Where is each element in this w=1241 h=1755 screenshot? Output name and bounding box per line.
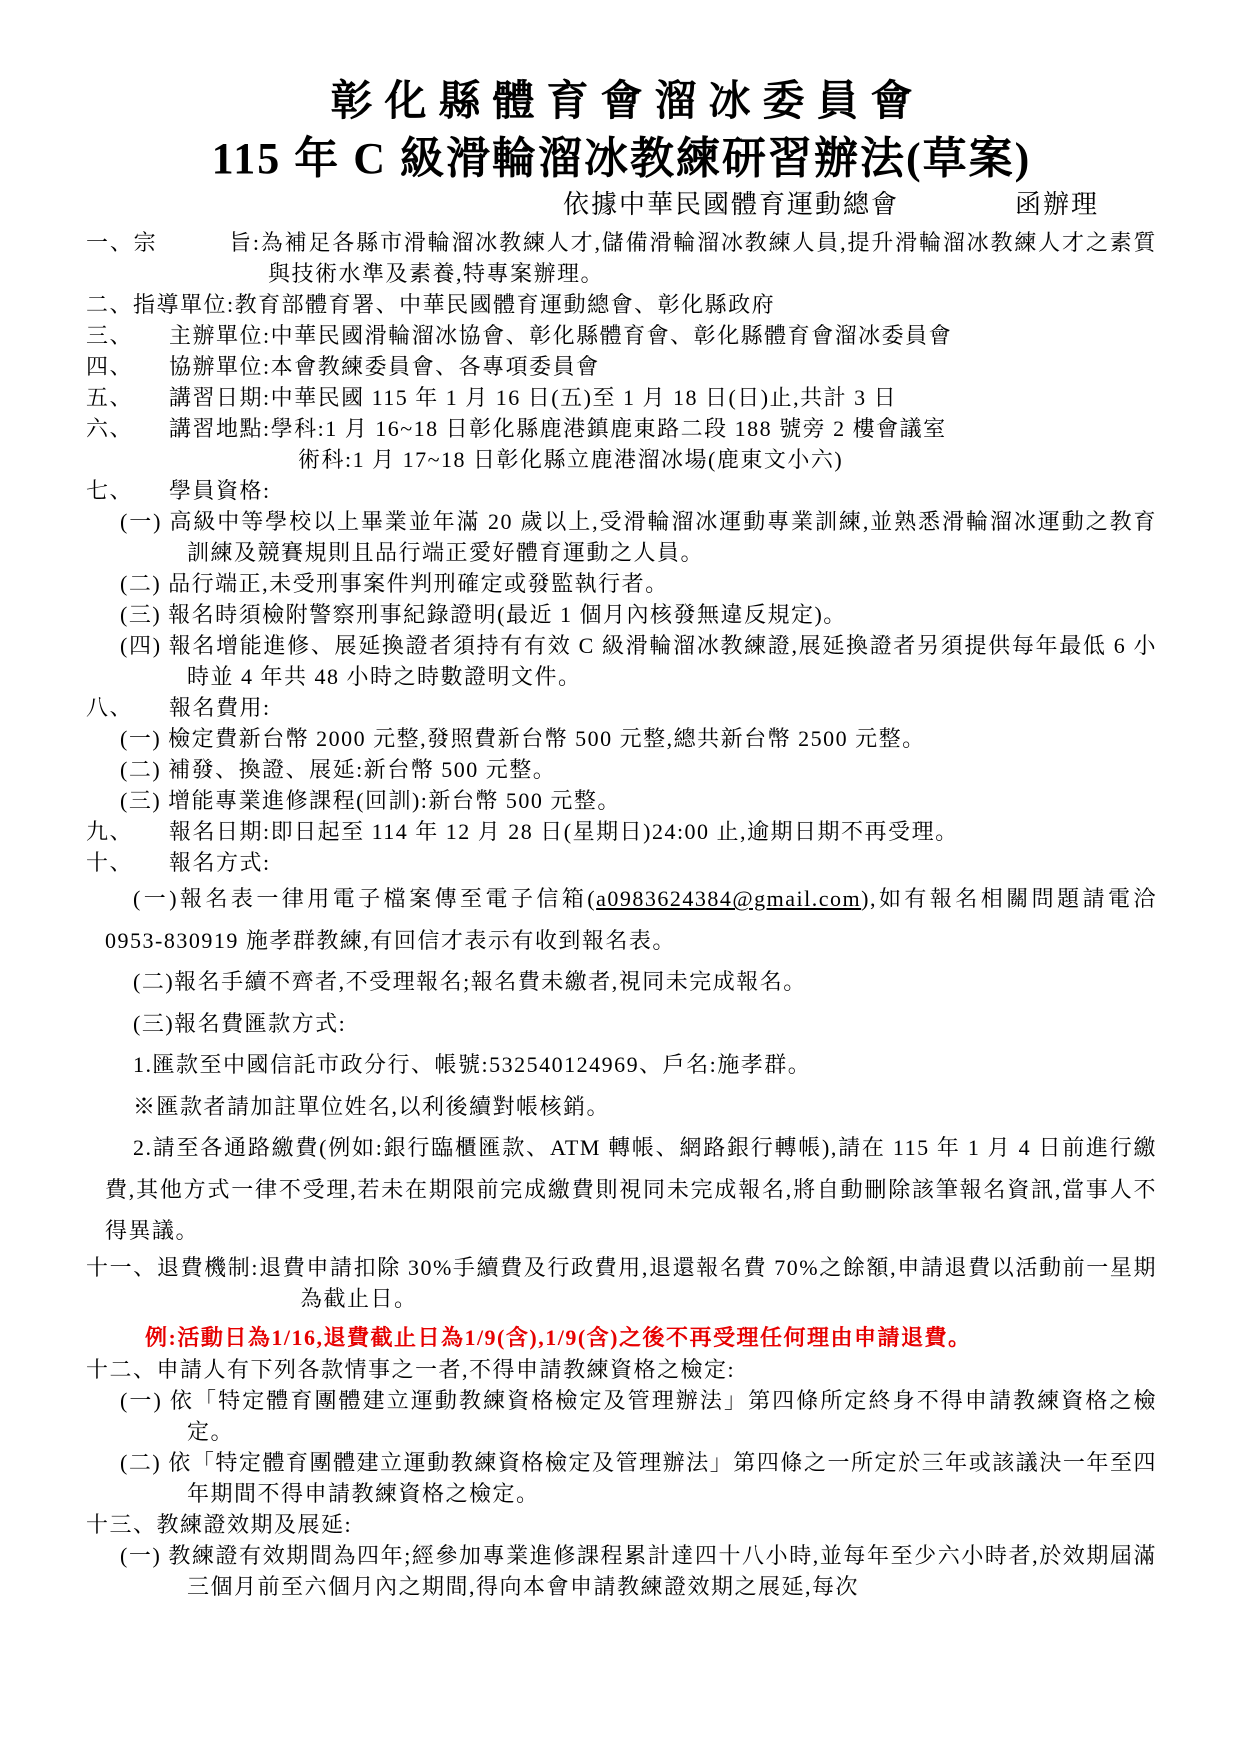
basis-note-left: 依據中華民國體育運動總會: [563, 189, 899, 222]
text-run: 十、 報名方式:: [86, 850, 271, 875]
text-run: (二) 品行端正,未受刑事案件判刑確定或發監執行者。: [120, 571, 669, 596]
section-8-fees: 八、 報名費用:: [86, 692, 1157, 723]
text-run: 2.請至各通路繳費(例如:銀行臨櫃匯款、ATM 轉帳、網路銀行轉帳),請在 11…: [105, 1135, 1157, 1243]
text-run: 十三、教練證效期及展延:: [86, 1512, 352, 1537]
section-11-refund-policy: 十一、退費機制:退費申請扣除 30%手續費及行政費用,退還報名費 70%之餘額,…: [86, 1252, 1157, 1314]
section-5-dates: 五、 講習日期:中華民國 115 年 1 月 16 日(五)至 1 月 18 日…: [86, 382, 1157, 413]
text-run: 六、 講習地點:學科:1 月 16~18 日彰化縣鹿港鎮鹿東路二段 188 號旁…: [86, 416, 947, 441]
section-13-validity-renewal: 十三、教練證效期及展延:: [86, 1509, 1157, 1540]
text-run: (三) 報名時須檢附警察刑事紀錄證明(最近 1 個月內核發無違反規定)。: [120, 602, 847, 627]
section-13-sub-1: (一) 教練證有效期間為四年;經參加專業進修課程累計達四十八小時,並每年至少六小…: [86, 1540, 1157, 1602]
section-8-sub-3: (三) 增能專業進修課程(回訓):新台幣 500 元整。: [86, 785, 1157, 816]
text-run: (二) 補發、換證、展延:新台幣 500 元整。: [120, 757, 556, 782]
text-run: 四、 協辦單位:本會教練委員會、各專項委員會: [86, 354, 600, 379]
section-12-sub-1: (一) 依「特定體育團體建立運動教練資格檢定及管理辦法」第四條所定終身不得申請教…: [86, 1385, 1157, 1447]
text-run: 十二、申請人有下列各款情事之一者,不得申請教練資格之檢定:: [86, 1357, 735, 1382]
section-7-sub-3: (三) 報名時須檢附警察刑事紀錄證明(最近 1 個月內核發無違反規定)。: [86, 599, 1157, 630]
text-run: 九、 報名日期:即日起至 114 年 12 月 28 日(星期日)24:00 止…: [86, 819, 959, 844]
section-1-purpose: 一、宗 旨:為補足各縣市滑輪溜冰教練人才,儲備滑輪溜冰教練人員,提升滑輪溜冰教練…: [86, 227, 1157, 289]
section-10-remit-1: 1.匯款至中國信託市政分行、帳號:532540124969、戶名:施孝群。: [86, 1044, 1157, 1086]
doc-body: 一、宗 旨:為補足各縣市滑輪溜冰教練人才,儲備滑輪溜冰教練人員,提升滑輪溜冰教練…: [86, 227, 1157, 1602]
text-run: 八、 報名費用:: [86, 695, 271, 720]
doc-title-line2: 115 年 C 級滑輪溜冰教練研習辦法(草案): [86, 134, 1157, 185]
text-run: 二、指導單位:教育部體育署、中華民國體育運動總會、彰化縣政府: [86, 292, 775, 317]
section-12-disqualification: 十二、申請人有下列各款情事之一者,不得申請教練資格之檢定:: [86, 1354, 1157, 1385]
section-8-sub-2: (二) 補發、換證、展延:新台幣 500 元整。: [86, 754, 1157, 785]
text-run: 術科:1 月 17~18 日彰化縣立鹿港溜冰場(鹿東文小六): [298, 447, 843, 472]
section-10-remit-2: 2.請至各通路繳費(例如:銀行臨櫃匯款、ATM 轉帳、網路銀行轉帳),請在 11…: [86, 1127, 1157, 1252]
text-run: 五、 講習日期:中華民國 115 年 1 月 16 日(五)至 1 月 18 日…: [86, 385, 897, 410]
section-7-eligibility: 七、 學員資格:: [86, 475, 1157, 506]
section-7-sub-1: (一) 高級中等學校以上畢業並年滿 20 歲以上,受滑輪溜冰運動專業訓練,並熟悉…: [86, 506, 1157, 568]
section-6-location-theory: 六、 講習地點:學科:1 月 16~18 日彰化縣鹿港鎮鹿東路二段 188 號旁…: [86, 413, 1157, 444]
text-run: (二) 依「特定體育團體建立運動教練資格檢定及管理辦法」第四條之一所定於三年或該…: [120, 1450, 1157, 1506]
text-run: (三)報名費匯款方式:: [133, 1011, 346, 1036]
text-run: ※匯款者請加註單位姓名,以利後續對帳核銷。: [133, 1094, 610, 1119]
text-run: (一) 依「特定體育團體建立運動教練資格檢定及管理辦法」第四條所定終身不得申請教…: [120, 1388, 1157, 1444]
basis-note: 依據中華民國體育運動總會 函辦理: [86, 189, 1099, 222]
text-run: (一) 檢定費新台幣 2000 元整,發照費新台幣 500 元整,總共新台幣 2…: [120, 726, 926, 751]
section-2-guiding-units: 二、指導單位:教育部體育署、中華民國體育運動總會、彰化縣政府: [86, 289, 1157, 320]
section-4-co-organizers: 四、 協辦單位:本會教練委員會、各專項委員會: [86, 351, 1157, 382]
text-run: 七、 學員資格:: [86, 478, 271, 503]
text-run: (二)報名手續不齊者,不受理報名;報名費未繳者,視同未完成報名。: [133, 969, 807, 994]
text-run: 1.匯款至中國信託市政分行、帳號:532540124969、戶名:施孝群。: [133, 1052, 811, 1077]
doc-title-line1: 彰化縣體育會溜冰委員會: [86, 78, 1157, 126]
text-run: (四) 報名增能進修、展延換證者須持有有效 C 級滑輪溜冰教練證,展延換證者另須…: [120, 633, 1157, 689]
text-run: 十一、退費機制:退費申請扣除 30%手續費及行政費用,退還報名費 70%之餘額,…: [86, 1255, 1157, 1311]
basis-note-right: 函辦理: [1015, 189, 1099, 222]
text-run: 一、宗 旨:為補足各縣市滑輪溜冰教練人才,儲備滑輪溜冰教練人員,提升滑輪溜冰教練…: [86, 230, 1157, 286]
section-6-location-practice: 術科:1 月 17~18 日彰化縣立鹿港溜冰場(鹿東文小六): [86, 444, 1157, 475]
text-run: 三、 主辦單位:中華民國滑輪溜冰協會、彰化縣體育會、彰化縣體育會溜冰委員會: [86, 323, 952, 348]
email-link[interactable]: a0983624384@gmail.com: [596, 886, 861, 911]
section-10-registration-method: 十、 報名方式:: [86, 847, 1157, 878]
document-page: 彰化縣體育會溜冰委員會 115 年 C 級滑輪溜冰教練研習辦法(草案) 依據中華…: [0, 0, 1241, 1755]
text-run: (一) 教練證有效期間為四年;經參加專業進修課程累計達四十八小時,並每年至少六小…: [120, 1543, 1157, 1599]
section-8-sub-1: (一) 檢定費新台幣 2000 元整,發照費新台幣 500 元整,總共新台幣 2…: [86, 723, 1157, 754]
section-10-sub-3: (三)報名費匯款方式:: [86, 1003, 1157, 1045]
section-3-organizers: 三、 主辦單位:中華民國滑輪溜冰協會、彰化縣體育會、彰化縣體育會溜冰委員會: [86, 320, 1157, 351]
text-run: (一)報名表一律用電子檔案傳至電子信箱(: [133, 886, 596, 911]
refund-example-note: 例:活動日為1/16,退費截止日為1/9(含),1/9(含)之後不再受理任何理由…: [86, 1322, 1157, 1354]
text-run: (三) 增能專業進修課程(回訓):新台幣 500 元整。: [120, 788, 621, 813]
section-10-sub-1: (一)報名表一律用電子檔案傳至電子信箱(a0983624384@gmail.co…: [86, 878, 1157, 961]
text-run: 例:活動日為1/16,退費截止日為1/9(含),1/9(含)之後不再受理任何理由…: [145, 1325, 971, 1350]
text-run: (一) 高級中等學校以上畢業並年滿 20 歲以上,受滑輪溜冰運動專業訓練,並熟悉…: [120, 509, 1157, 565]
section-10-remit-note: ※匯款者請加註單位姓名,以利後續對帳核銷。: [86, 1086, 1157, 1128]
section-12-sub-2: (二) 依「特定體育團體建立運動教練資格檢定及管理辦法」第四條之一所定於三年或該…: [86, 1447, 1157, 1509]
section-7-sub-4: (四) 報名增能進修、展延換證者須持有有效 C 級滑輪溜冰教練證,展延換證者另須…: [86, 630, 1157, 692]
section-7-sub-2: (二) 品行端正,未受刑事案件判刑確定或發監執行者。: [86, 568, 1157, 599]
section-10-sub-2: (二)報名手續不齊者,不受理報名;報名費未繳者,視同未完成報名。: [86, 961, 1157, 1003]
section-9-registration-deadline: 九、 報名日期:即日起至 114 年 12 月 28 日(星期日)24:00 止…: [86, 816, 1157, 847]
